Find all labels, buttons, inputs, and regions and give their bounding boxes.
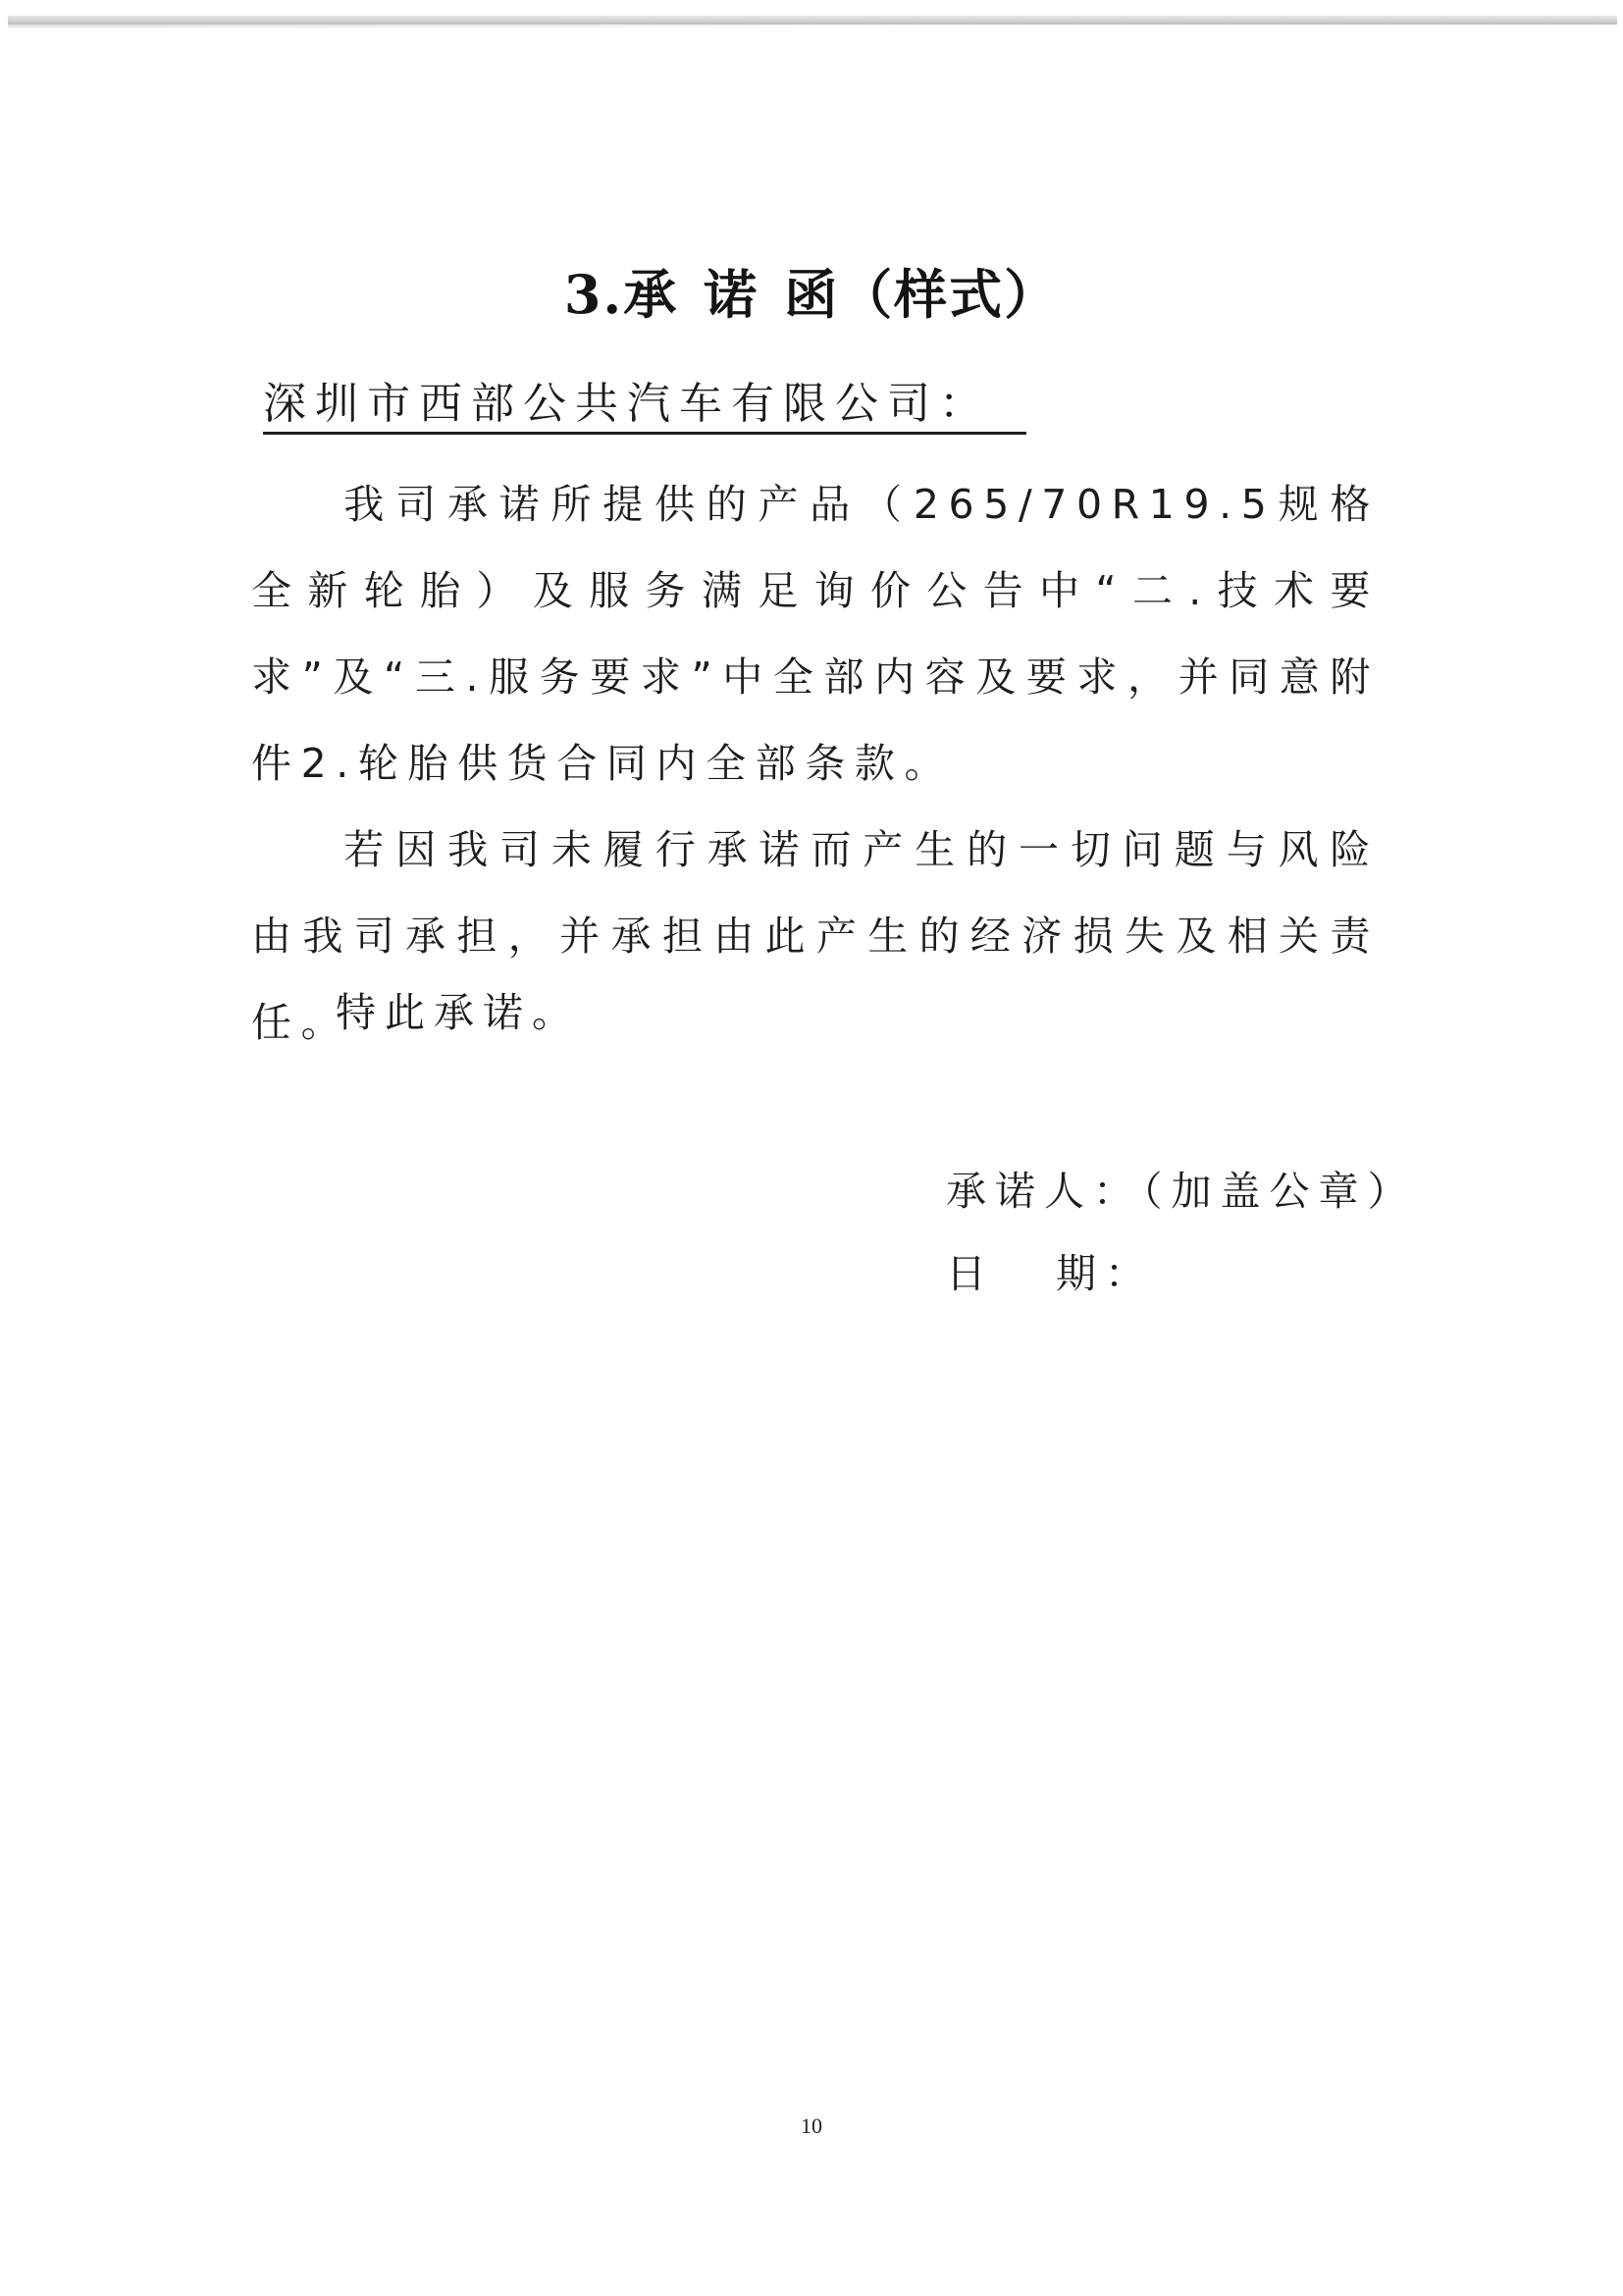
document-title: 3.承诺函（样式） — [0, 263, 1623, 326]
date-label-part1: 日 — [946, 1250, 995, 1297]
title-suffix: （样式） — [839, 263, 1059, 326]
promisor-label: 承诺人： — [946, 1168, 1142, 1215]
page-number: 10 — [0, 2112, 1623, 2141]
scan-edge-shadow — [8, 25, 891, 27]
title-char-2: 诺 — [704, 263, 759, 326]
signature-block: 承诺人：（加盖公章） 日期： — [946, 1150, 1417, 1315]
scan-edge-bar — [8, 16, 1617, 25]
letter-body: 我司承诺所提供的产品（265/70R19.5规格全新轮胎）及服务满足询价公告中“… — [251, 461, 1380, 1066]
promisor-row: 承诺人：（加盖公章） — [946, 1150, 1417, 1232]
title-char-1: 承 — [623, 263, 678, 326]
addressee-line: 深圳市西部公共汽车有限公司： — [263, 377, 1026, 435]
promisor-seal-placeholder: （加盖公章） — [1142, 1168, 1417, 1215]
title-char-3: 函 — [784, 263, 839, 326]
closing-statement: 特此承诺。 — [336, 983, 581, 1042]
date-row: 日期： — [946, 1232, 1417, 1315]
title-number: 3. — [564, 263, 623, 326]
date-label-part2: 期： — [1056, 1250, 1154, 1297]
paragraph-commitment: 我司承诺所提供的产品（265/70R19.5规格全新轮胎）及服务满足询价公告中“… — [251, 461, 1380, 807]
